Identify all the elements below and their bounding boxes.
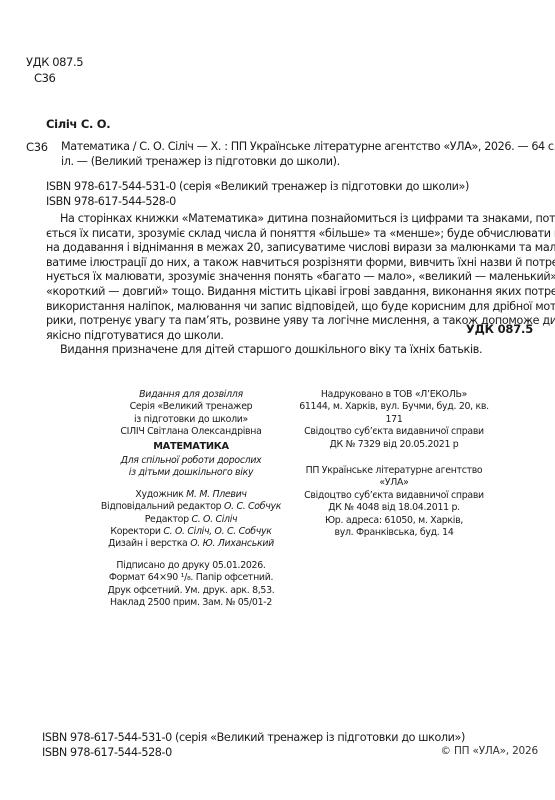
- audience-note: Видання призначене для дітей старшого до…: [46, 343, 519, 358]
- record-sign: С36: [26, 140, 48, 154]
- annotation: На сторінках книжки «Математика» дитина …: [46, 212, 519, 358]
- publisher-line: ДК № 4048 від 18.04.2011 р.: [294, 502, 494, 514]
- publisher-line: ПП Українське літературне агентство «УЛА…: [294, 465, 494, 490]
- publisher-line: Свідоцтво суб’єкта видавничої справи: [294, 490, 494, 502]
- print-info-line: Формат 64×90 ¹/₈. Папір офсетний.: [88, 572, 294, 584]
- purpose-line: із дітьми дошкільного віку: [88, 467, 294, 479]
- book-title: МАТЕМАТИКА: [88, 441, 294, 453]
- isbn-block-top: ISBN 978-617-544-531-0 (серія «Великий т…: [46, 179, 469, 209]
- credit-name: С. О. Сіліч: [191, 514, 237, 525]
- bibliographic-description: Математика / С. О. Сіліч — Х. : ПП Украї…: [61, 140, 555, 169]
- colophon-left: Видання для дозвілля Серія «Великий трен…: [88, 389, 294, 610]
- credit-role: Дизайн і верстка: [108, 538, 190, 549]
- isbn-series: ISBN 978-617-544-531-0 (серія «Великий т…: [42, 730, 465, 745]
- publisher-line: Юр. адреса: 61050, м. Харків,: [294, 515, 494, 527]
- author-heading: Сіліч С. О.: [46, 117, 110, 131]
- annotation-line: «короткий — довгий» тощо. Видання містит…: [46, 285, 519, 300]
- isbn-block-bottom: ISBN 978-617-544-531-0 (серія «Великий т…: [42, 730, 465, 760]
- credit-role: Коректори: [110, 526, 163, 537]
- credit-line: Художник М. М. Плевич: [88, 489, 294, 501]
- credit-line: Дизайн і верстка О. Ю. Лиханський: [88, 538, 294, 550]
- udk-code: УДК 087.5: [26, 54, 83, 70]
- author-full-name: СІЛІЧ Світлана Олександрівна: [88, 426, 294, 438]
- udk-code-right: УДК 087.5: [466, 322, 533, 336]
- udk-catalog-code: УДК 087.5 С36: [26, 54, 83, 86]
- series-line: Серія «Великий тренажер: [88, 401, 294, 413]
- annotation-line: нується їх малювати, зрозуміє значення п…: [46, 270, 519, 285]
- author-sign: С36: [26, 70, 83, 86]
- description-line: іл. — (Великий тренажер із підготовки до…: [61, 155, 555, 170]
- isbn-book: ISBN 978-617-544-528-0: [46, 194, 469, 209]
- credit-line: Коректори С. О. Сіліч, О. С. Собчук: [88, 526, 294, 538]
- credit-name: О. С. Собчук: [224, 501, 281, 512]
- print-info-line: Друк офсетний. Ум. друк. арк. 8,53.: [88, 585, 294, 597]
- credit-line: Відповідальний редактор О. С. Собчук: [88, 501, 294, 513]
- annotation-line: На сторінках книжки «Математика» дитина …: [46, 212, 519, 227]
- series-line: із підготовки до школи»: [88, 414, 294, 426]
- credit-name: М. М. Плевич: [186, 489, 246, 500]
- printer-line: Свідоцтво суб’єкта видавничої справи: [294, 426, 494, 438]
- description-line: Математика / С. О. Сіліч — Х. : ПП Украї…: [61, 140, 555, 155]
- credit-name: С. О. Сіліч, О. С. Собчук: [163, 526, 271, 537]
- print-info-line: Наклад 2500 прим. Зам. № 05/01-2: [88, 597, 294, 609]
- annotation-line: ється їх писати, зрозуміє склад числа й …: [46, 227, 519, 242]
- printer-line: 61144, м. Харків, вул. Бучми, буд. 20, к…: [294, 401, 494, 426]
- credit-role: Відповідальний редактор: [101, 501, 224, 512]
- credit-line: Редактор С. О. Сіліч: [88, 514, 294, 526]
- purpose-line: Для спільної роботи дорослих: [88, 455, 294, 467]
- print-info-line: Підписано до друку 05.01.2026.: [88, 560, 294, 572]
- annotation-line: ватиме ілюстрації до них, а також навчит…: [46, 256, 519, 271]
- isbn-series: ISBN 978-617-544-531-0 (серія «Великий т…: [46, 179, 469, 194]
- copyright-notice: © ПП «УЛА», 2026: [441, 745, 539, 757]
- credit-role: Редактор: [145, 514, 192, 525]
- annotation-line: рики, потренує увагу та пам’ять, розвине…: [46, 314, 519, 329]
- printer-line: Надруковано в ТОВ «Л’ЕКОЛЬ»: [294, 389, 494, 401]
- credit-name: О. Ю. Лиханський: [190, 538, 274, 549]
- printer-line: ДК № 7329 від 20.05.2021 р: [294, 439, 494, 451]
- credit-role: Художник: [135, 489, 186, 500]
- annotation-line: якісно підготуватися до школи.: [46, 329, 519, 344]
- genre: Видання для дозвілля: [88, 389, 294, 401]
- annotation-line: на додавання і віднімання в межах 20, за…: [46, 241, 519, 256]
- annotation-line: використання наліпок, малювання чи запис…: [46, 300, 519, 315]
- colophon-right: Надруковано в ТОВ «Л’ЕКОЛЬ» 61144, м. Ха…: [294, 389, 494, 539]
- publisher-line: вул. Франківська, буд. 14: [294, 527, 494, 539]
- isbn-book: ISBN 978-617-544-528-0: [42, 745, 465, 760]
